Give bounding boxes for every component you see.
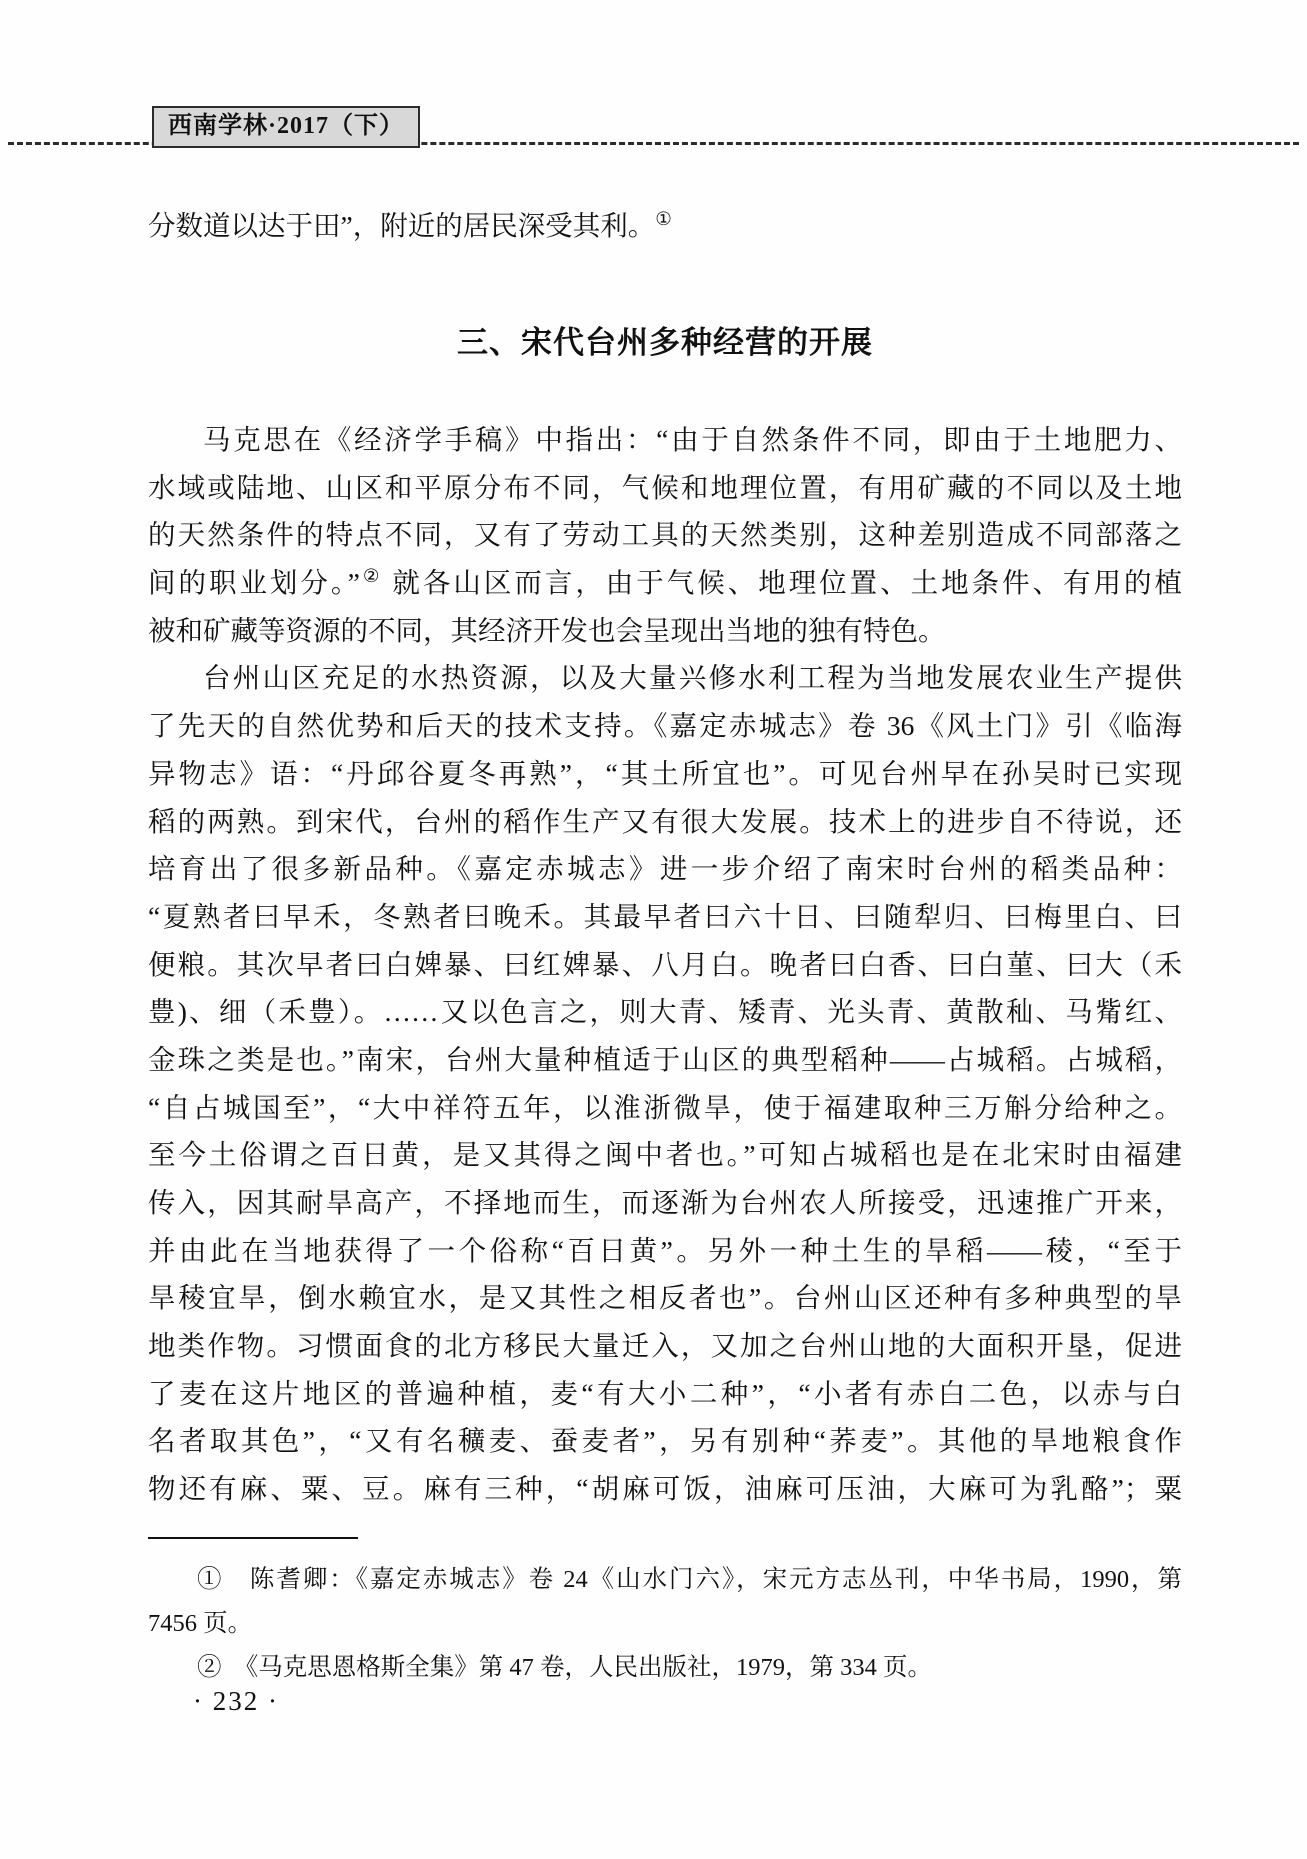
section-heading: 三、宋代台州多种经营的开展 — [148, 322, 1182, 364]
footnotes: ① 陈耆卿：《嘉定赤城志》卷 24《山水门六》，宋元方志丛刊，中华书局，1990… — [148, 1558, 1182, 1690]
text-line: “夏熟者曰早禾，冬熟者曰晚禾。其最早者曰六十日、曰随犁归、曰梅里白、曰 — [148, 893, 1182, 941]
text-line: 并由此在当地获得了一个俗称“百日黄”。另外一种土生的旱稻——稜，“至于 — [148, 1227, 1182, 1275]
running-header: 西南学林·2017（下） — [152, 106, 420, 148]
document-page: 西南学林·2017（下） 分数道以达于田”，附近的居民深受其利。① 三、宋代台州… — [0, 0, 1307, 1859]
text-line: 间的职业划分。”② 就各山区而言，由于气候、地理位置、土地条件、有用的植 — [148, 559, 1182, 607]
text-line: 了麦在这片地区的普遍种植，麦“有大小二种”，“小者有赤白二色，以赤与白 — [148, 1370, 1182, 1418]
opening-paragraph: 分数道以达于田”，附近的居民深受其利。① — [148, 202, 1182, 250]
text-line: 地类作物。习惯面食的北方移民大量迁入，又加之台州山地的大面积开垦，促进 — [148, 1322, 1182, 1370]
footnote: ① 陈耆卿：《嘉定赤城志》卷 24《山水门六》，宋元方志丛刊，中华书局，1990… — [148, 1558, 1182, 1646]
text-line: “自占城国至”，“大中祥符五年，以淮浙微旱，使于福建取种三万斛分给种之。 — [148, 1084, 1182, 1132]
text-line: 名者取其色”，“又有名穬麦、蚕麦者”，另有别种“荞麦”。其他的旱地粮食作 — [148, 1417, 1182, 1465]
text-line: 分数道以达于田”，附近的居民深受其利。① — [148, 202, 1182, 250]
text-line: 异物志》语：“丹邱谷夏冬再熟”，“其土所宜也”。可见台州早在孙吴时已实现 — [148, 750, 1182, 798]
body-text: 马克思在《经济学手稿》中指出：“由于自然条件不同，即由于土地肥力、水域或陆地、山… — [148, 416, 1182, 1513]
text-line: 培育出了很多新品种。《嘉定赤城志》进一步介绍了南宋时台州的稻类品种： — [148, 845, 1182, 893]
text-line: 了先天的自然优势和后天的技术支持。《嘉定赤城志》卷 36《风土门》引《临海 — [148, 702, 1182, 750]
text-line: 7456 页。 — [148, 1602, 1182, 1646]
footnote: ② 《马克思恩格斯全集》第 47 卷，人民出版社，1979，第 334 页。 — [148, 1646, 1182, 1690]
text-line: 的天然条件的特点不同，又有了劳动工具的天然类别，这种差别造成不同部落之 — [148, 511, 1182, 559]
text-line: 金珠之类是也。”南宋，台州大量种植适于山区的典型稻种——占城稻。占城稻， — [148, 1036, 1182, 1084]
text-line: 便粮。其次早者曰白婢暴、曰红婢暴、八月白。晚者曰白香、曰白菫、曰大（禾 — [148, 941, 1182, 989]
paragraph: 马克思在《经济学手稿》中指出：“由于自然条件不同，即由于土地肥力、水域或陆地、山… — [148, 416, 1182, 654]
text-line: 台州山区充足的水热资源，以及大量兴修水利工程为当地发展农业生产提供 — [148, 654, 1182, 702]
text-line: 马克思在《经济学手稿》中指出：“由于自然条件不同，即由于土地肥力、 — [148, 416, 1182, 464]
footnote-divider — [148, 1537, 358, 1539]
text-line: ① 陈耆卿：《嘉定赤城志》卷 24《山水门六》，宋元方志丛刊，中华书局，1990… — [148, 1558, 1182, 1602]
footnote-ref: ② — [360, 566, 383, 587]
text-line: 被和矿藏等资源的不同，其经济开发也会呈现出当地的独有特色。 — [148, 607, 1182, 655]
text-line: 至今土俗谓之百日黄，是又其得之闽中者也。”可知占城稻也是在北宋时由福建 — [148, 1131, 1182, 1179]
text-line: 旱稜宜旱，倒水赖宜水，是又其性之相反者也”。台州山区还种有多种典型的旱 — [148, 1274, 1182, 1322]
text-line: ② 《马克思恩格斯全集》第 47 卷，人民出版社，1979，第 334 页。 — [148, 1646, 1182, 1690]
paragraph: 台州山区充足的水热资源，以及大量兴修水利工程为当地发展农业生产提供了先天的自然优… — [148, 654, 1182, 1512]
text-line: 物还有麻、粟、豆。麻有三种，“胡麻可饭，油麻可压油，大麻可为乳酪”；粟 — [148, 1465, 1182, 1513]
text-line: 水域或陆地、山区和平原分布不同，气候和地理位置，有用矿藏的不同以及土地 — [148, 464, 1182, 512]
text-line: 传入，因其耐旱高产，不择地而生，而逐渐为台州农人所接受，迅速推广开来， — [148, 1179, 1182, 1227]
page-number: · 232 · — [193, 1686, 279, 1717]
text-line: 稻的两熟。到宋代，台州的稻作生产又有很大发展。技术上的进步自不待说，还 — [148, 798, 1182, 846]
text-line: 豊)、细（禾豊）。……又以色言之，则大青、矮青、光头青、黄散秈、马觜红、 — [148, 988, 1182, 1036]
footnote-ref: ① — [655, 209, 672, 230]
